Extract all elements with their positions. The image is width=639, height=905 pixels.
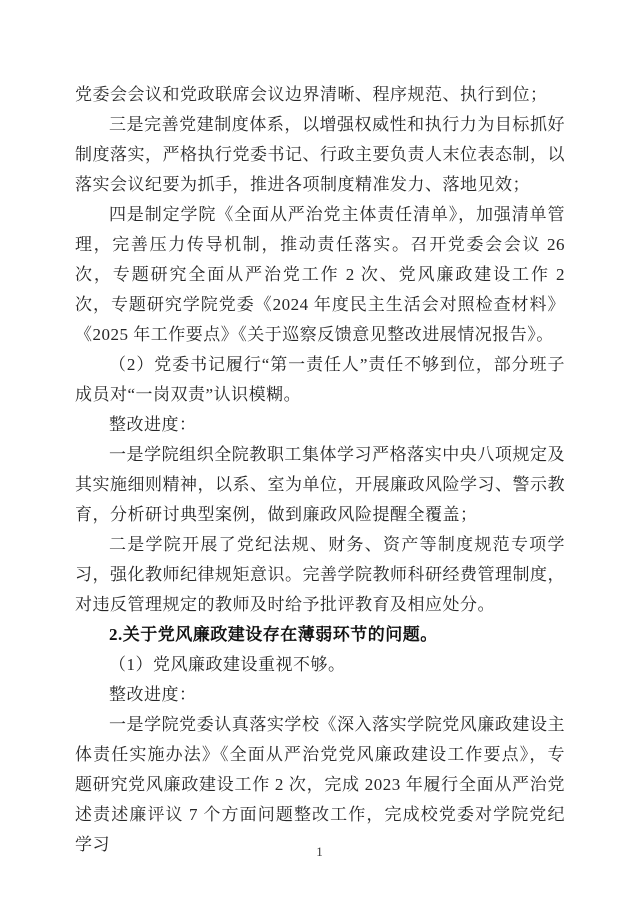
paragraph-measure-one: 一是学院组织全院教职工集体学习严格落实中央八项规定及其实施细则精神，以系、室为单… <box>75 440 565 530</box>
section-heading-2: 2.关于党风廉政建设存在薄弱环节的问题。 <box>75 620 565 650</box>
paragraph-continuation: 党委会会议和党政联席会议边界清晰、程序规范、执行到位； <box>75 80 565 110</box>
paragraph-problem-1: （1）党风廉政建设重视不够。 <box>75 650 565 680</box>
page-number: 1 <box>316 844 323 859</box>
document-page: 党委会会议和党政联席会议边界清晰、程序规范、执行到位； 三是完善党建制度体系，以… <box>0 0 639 905</box>
paragraph-progress-label-2: 整改进度： <box>75 680 565 710</box>
document-body: 党委会会议和党政联席会议边界清晰、程序规范、执行到位； 三是完善党建制度体系，以… <box>75 80 565 860</box>
page-footer: 1 <box>0 843 639 861</box>
paragraph-progress-label: 整改进度： <box>75 410 565 440</box>
paragraph-measure-one-section2: 一是学院党委认真落实学校《深入落实学院党风廉政建设主体责任实施办法》《全面从严治… <box>75 710 565 860</box>
paragraph-problem-2: （2）党委书记履行“第一责任人”责任不够到位，部分班子成员对“一岗双责”认识模糊… <box>75 350 565 410</box>
paragraph-measure-two: 二是学院开展了党纪法规、财务、资产等制度规范专项学习，强化教师纪律规矩意识。完善… <box>75 530 565 620</box>
paragraph-item-three: 三是完善党建制度体系，以增强权威性和执行力为目标抓好制度落实，严格执行党委书记、… <box>75 110 565 200</box>
paragraph-item-four: 四是制定学院《全面从严治党主体责任清单》，加强清单管理，完善压力传导机制，推动责… <box>75 200 565 350</box>
